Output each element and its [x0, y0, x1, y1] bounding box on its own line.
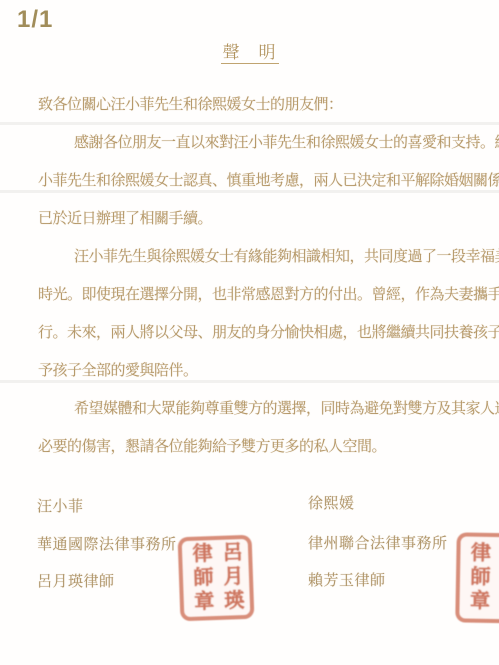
statement-line: 時光。即使現在選擇分開，也非常感恩對方的付出。曾經，作為夫妻攜手同 [38, 276, 499, 314]
signature-party-name-left: 汪小菲 [37, 495, 84, 516]
document-title-text: 聲 明 [221, 43, 279, 64]
lawyer-seal-stamp-left: 呂月瑛律師章 [178, 535, 255, 622]
statement-line: 必要的傷害，懇請各位能夠給予雙方更多的私人空間。 [38, 428, 499, 466]
document-page: 1/1 聲 明 致各位關心汪小菲先生和徐熙媛女士的朋友們： 感謝各位朋友一直以來… [0, 0, 499, 665]
statement-line: 感謝各位朋友一直以來對汪小菲先生和徐熙媛女士的喜愛和支持。經汪 [38, 124, 499, 162]
lawyer-seal-text-left: 呂月瑛律師章 [185, 541, 247, 615]
statement-line: 希望媒體和大眾能夠尊重雙方的選擇，同時為避免對雙方及其家人造成不 [38, 390, 499, 428]
signature-lawyer-left: 呂月瑛律師 [37, 570, 115, 591]
signature-law-firm-right: 律州聯合法律事務所 [308, 532, 448, 553]
statement-line: 致各位關心汪小菲先生和徐熙媛女士的朋友們： [38, 86, 499, 124]
statement-line: 行。未來，兩人將以父母、朋友的身分愉快相處，也將繼續共同扶養孩子，給 [38, 314, 499, 352]
signature-law-firm-left: 華通國際法律事務所 [37, 533, 177, 554]
statement-line: 汪小菲先生與徐熙媛女士有緣能夠相識相知，共同度過了一段幸福美好的 [38, 238, 499, 276]
statement-body: 致各位關心汪小菲先生和徐熙媛女士的朋友們： 感謝各位朋友一直以來對汪小菲先生和徐… [38, 86, 499, 466]
lawyer-seal-text-right: 賴芳玉律師章 [462, 541, 499, 614]
statement-line: 予孩子全部的愛與陪伴。 [38, 352, 499, 390]
statement-line: 小菲先生和徐熙媛女士認真、慎重地考慮，兩人已決定和平解除婚姻關係， [38, 162, 499, 200]
document-title: 聲 明 [0, 38, 499, 63]
statement-line: 已於近日辦理了相關手續。 [38, 200, 499, 238]
signature-party-name-right: 徐熙媛 [308, 492, 355, 513]
page-number-indicator: 1/1 [17, 6, 53, 34]
lawyer-seal-stamp-right: 賴芳玉律師章 [455, 532, 499, 623]
signature-lawyer-right: 賴芳玉律師 [308, 569, 386, 590]
